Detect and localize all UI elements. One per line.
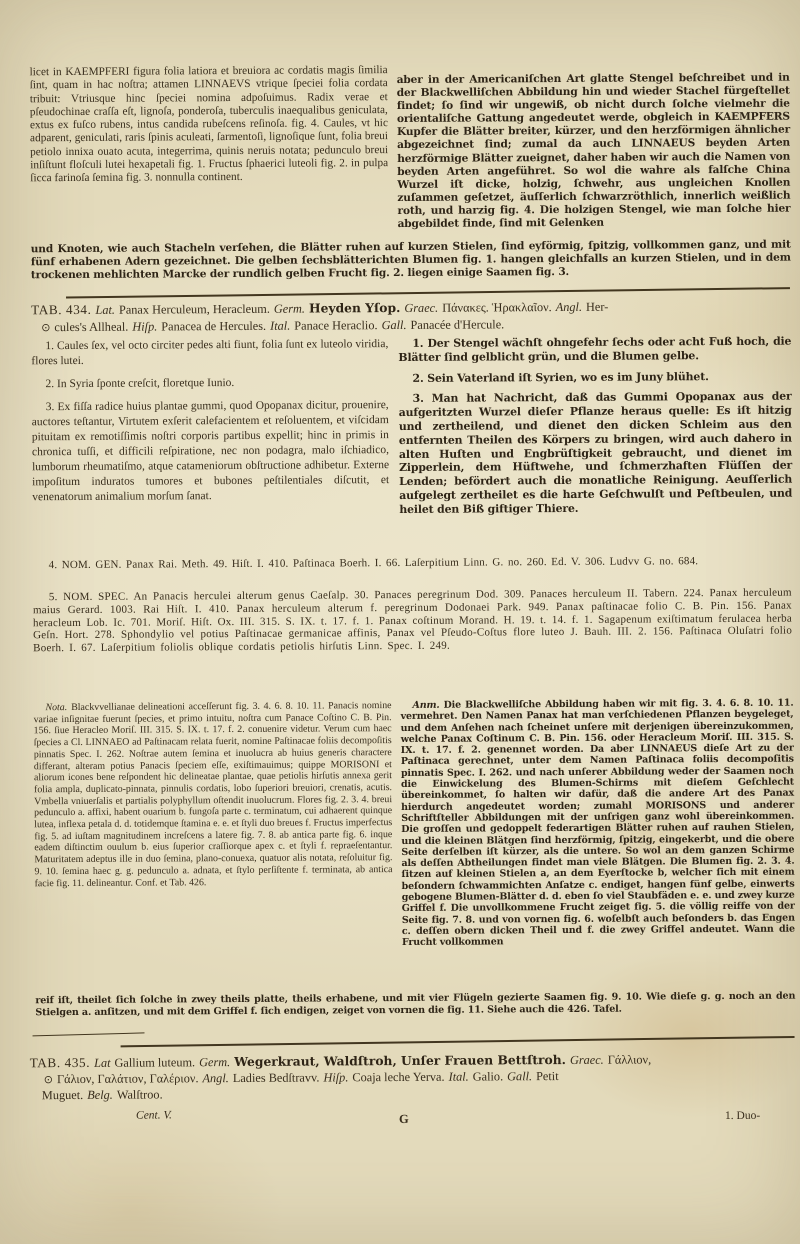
section-divider-rule-long bbox=[121, 1036, 795, 1047]
lang-label-angl: Angl. bbox=[556, 300, 582, 314]
latin-item-3: 3. Ex fiſſa radice huius plantae gummi, … bbox=[32, 398, 390, 505]
catchword: 1. Duo- bbox=[725, 1110, 760, 1122]
name-german: Heyden Yſop. bbox=[309, 300, 400, 316]
name-spanish: Panacea de Hercules. bbox=[161, 318, 266, 333]
name-italian: Galio. bbox=[473, 1069, 503, 1083]
sun-symbol-icon: ⊙ bbox=[41, 322, 50, 334]
name-german: Wegerkraut, Waldſtroh, Unſer Frauen Bett… bbox=[234, 1052, 566, 1069]
name-french-rest: Muguet. bbox=[42, 1088, 83, 1102]
lang-label-ital: Ital. bbox=[270, 318, 290, 332]
latin-item-2: 2. In Syria ſponte creſcit, floretque Iu… bbox=[31, 375, 388, 392]
nota-label: Nota. bbox=[45, 702, 67, 713]
lang-label-gall: Gall. bbox=[382, 317, 407, 331]
name-english: Ladies Bedſtravv. bbox=[233, 1070, 320, 1085]
tab435-number: TAB. 435. bbox=[30, 1055, 90, 1070]
name-latin: Gallium luteum. bbox=[114, 1055, 195, 1069]
latin-item-1: 1. Caules ſex, vel octo circiter pedes a… bbox=[31, 337, 388, 369]
sun-symbol-icon: ⊙ bbox=[44, 1074, 53, 1086]
signature-mark: G bbox=[399, 1112, 409, 1127]
german-item-3: 3. Man hat Nachricht, daß das Gummi Opop… bbox=[399, 390, 793, 517]
lang-label-germ: Germ. bbox=[199, 1055, 230, 1069]
tab435-heading: TAB. 435.LatGallium luteum.Germ.Wegerkra… bbox=[30, 1051, 782, 1104]
nota-paragraph: Nota.Blackvvellianae delineationi acceſſ… bbox=[33, 700, 392, 889]
name-latin: Panax Herculeum, Heracleum. bbox=[119, 302, 270, 317]
nota-text: Blackvvellianae delineationi acceſſerunt… bbox=[34, 700, 393, 889]
lang-label-hisp: Hiſp. bbox=[323, 1070, 348, 1084]
century-mark: Cent. V. bbox=[136, 1109, 172, 1121]
lang-label-lat: Lat. bbox=[95, 303, 115, 317]
name-english-part: Her- bbox=[586, 300, 608, 314]
page-content: licet in KAEMPFERI figura folia latiora … bbox=[0, 0, 800, 1244]
name-spanish: Coaja leche Yerva. bbox=[352, 1069, 444, 1084]
lang-label-hisp: Hiſp. bbox=[132, 319, 157, 333]
name-belgian: Walſtroo. bbox=[117, 1087, 163, 1101]
name-english-rest: cules's Allheal. bbox=[54, 319, 128, 333]
tab435-heading-line3: Muguet.Belg.Walſtroo. bbox=[30, 1084, 782, 1104]
tab434-heading: TAB. 434.Lat.Panax Herculeum, Heracleum.… bbox=[31, 298, 779, 337]
section-divider-rule bbox=[66, 287, 790, 298]
tab434-number: TAB. 434. bbox=[31, 302, 91, 317]
lang-label-germ: Germ. bbox=[274, 302, 305, 316]
name-french-part: Petit bbox=[536, 1069, 559, 1083]
name-italian: Panace Heraclio. bbox=[294, 318, 377, 333]
german-item-1: 1. Der Stengel wächſt ohngefehr ſechs od… bbox=[398, 335, 791, 365]
nota-latin-column: Nota.Blackvvellianae delineationi acceſſ… bbox=[33, 700, 392, 889]
intro-german-continuation: und Knoten, wie auch Stacheln verſehen, … bbox=[31, 239, 791, 283]
lang-label-ital: Ital. bbox=[449, 1069, 469, 1083]
section-divider-rule-short bbox=[33, 1032, 145, 1036]
lang-label-angl: Angl. bbox=[202, 1071, 228, 1085]
anm-text: Die Blackwelliſche Abbildung haben wir m… bbox=[401, 698, 795, 949]
intro-latin-paragraph: licet in KAEMPFERI figura folia latiora … bbox=[30, 64, 389, 186]
anm-label: Anm. bbox=[412, 700, 439, 711]
anm-german-continuation: reif iſt, theilet ſich ſolche in zwey th… bbox=[35, 991, 795, 1019]
intro-german-paragraph: aber in der Americaniſchen Art glatte St… bbox=[397, 72, 791, 232]
lang-label-graec: Graec. bbox=[570, 1053, 604, 1067]
tab434-items-latin-column: 1. Caules ſex, vel octo circiter pedes a… bbox=[31, 337, 389, 513]
nom-gen-paragraph: 4. NOM. GEN. Panax Rai. Meth. 49. Hiſt. … bbox=[33, 555, 792, 573]
lang-label-gall: Gall. bbox=[507, 1069, 532, 1083]
anm-german-column: Anm.Die Blackwelliſche Abbildung haben w… bbox=[400, 698, 795, 949]
book-page: licet in KAEMPFERI figura folia latiora … bbox=[0, 0, 800, 1244]
name-greek-part: Γάλλιον, bbox=[608, 1052, 652, 1066]
anm-paragraph: Anm.Die Blackwelliſche Abbildung haben w… bbox=[400, 698, 795, 949]
lang-label-belg: Belg. bbox=[87, 1088, 113, 1102]
page-footer: Cent. V. G 1. Duo- bbox=[3, 1104, 800, 1135]
name-greek: Πάνακες. Ἡρακλαῖον. bbox=[442, 300, 552, 315]
tab434-items-german-column: 1. Der Stengel wächſt ohngefehr ſechs od… bbox=[398, 335, 792, 524]
name-french: Panacée d'Hercule. bbox=[410, 317, 504, 332]
lang-label-graec: Graec. bbox=[404, 301, 438, 315]
german-item-2: 2. Sein Vaterland iſt Syrien, wo es im J… bbox=[398, 369, 791, 385]
nom-spec-paragraph: 5. NOM. SPEC. An Panacis herculei alteru… bbox=[33, 587, 792, 656]
name-greek-rest: Γάλιον, Γαλάτιον, Γαλέριον. bbox=[57, 1071, 199, 1086]
lang-label-lat: Lat bbox=[94, 1056, 110, 1070]
